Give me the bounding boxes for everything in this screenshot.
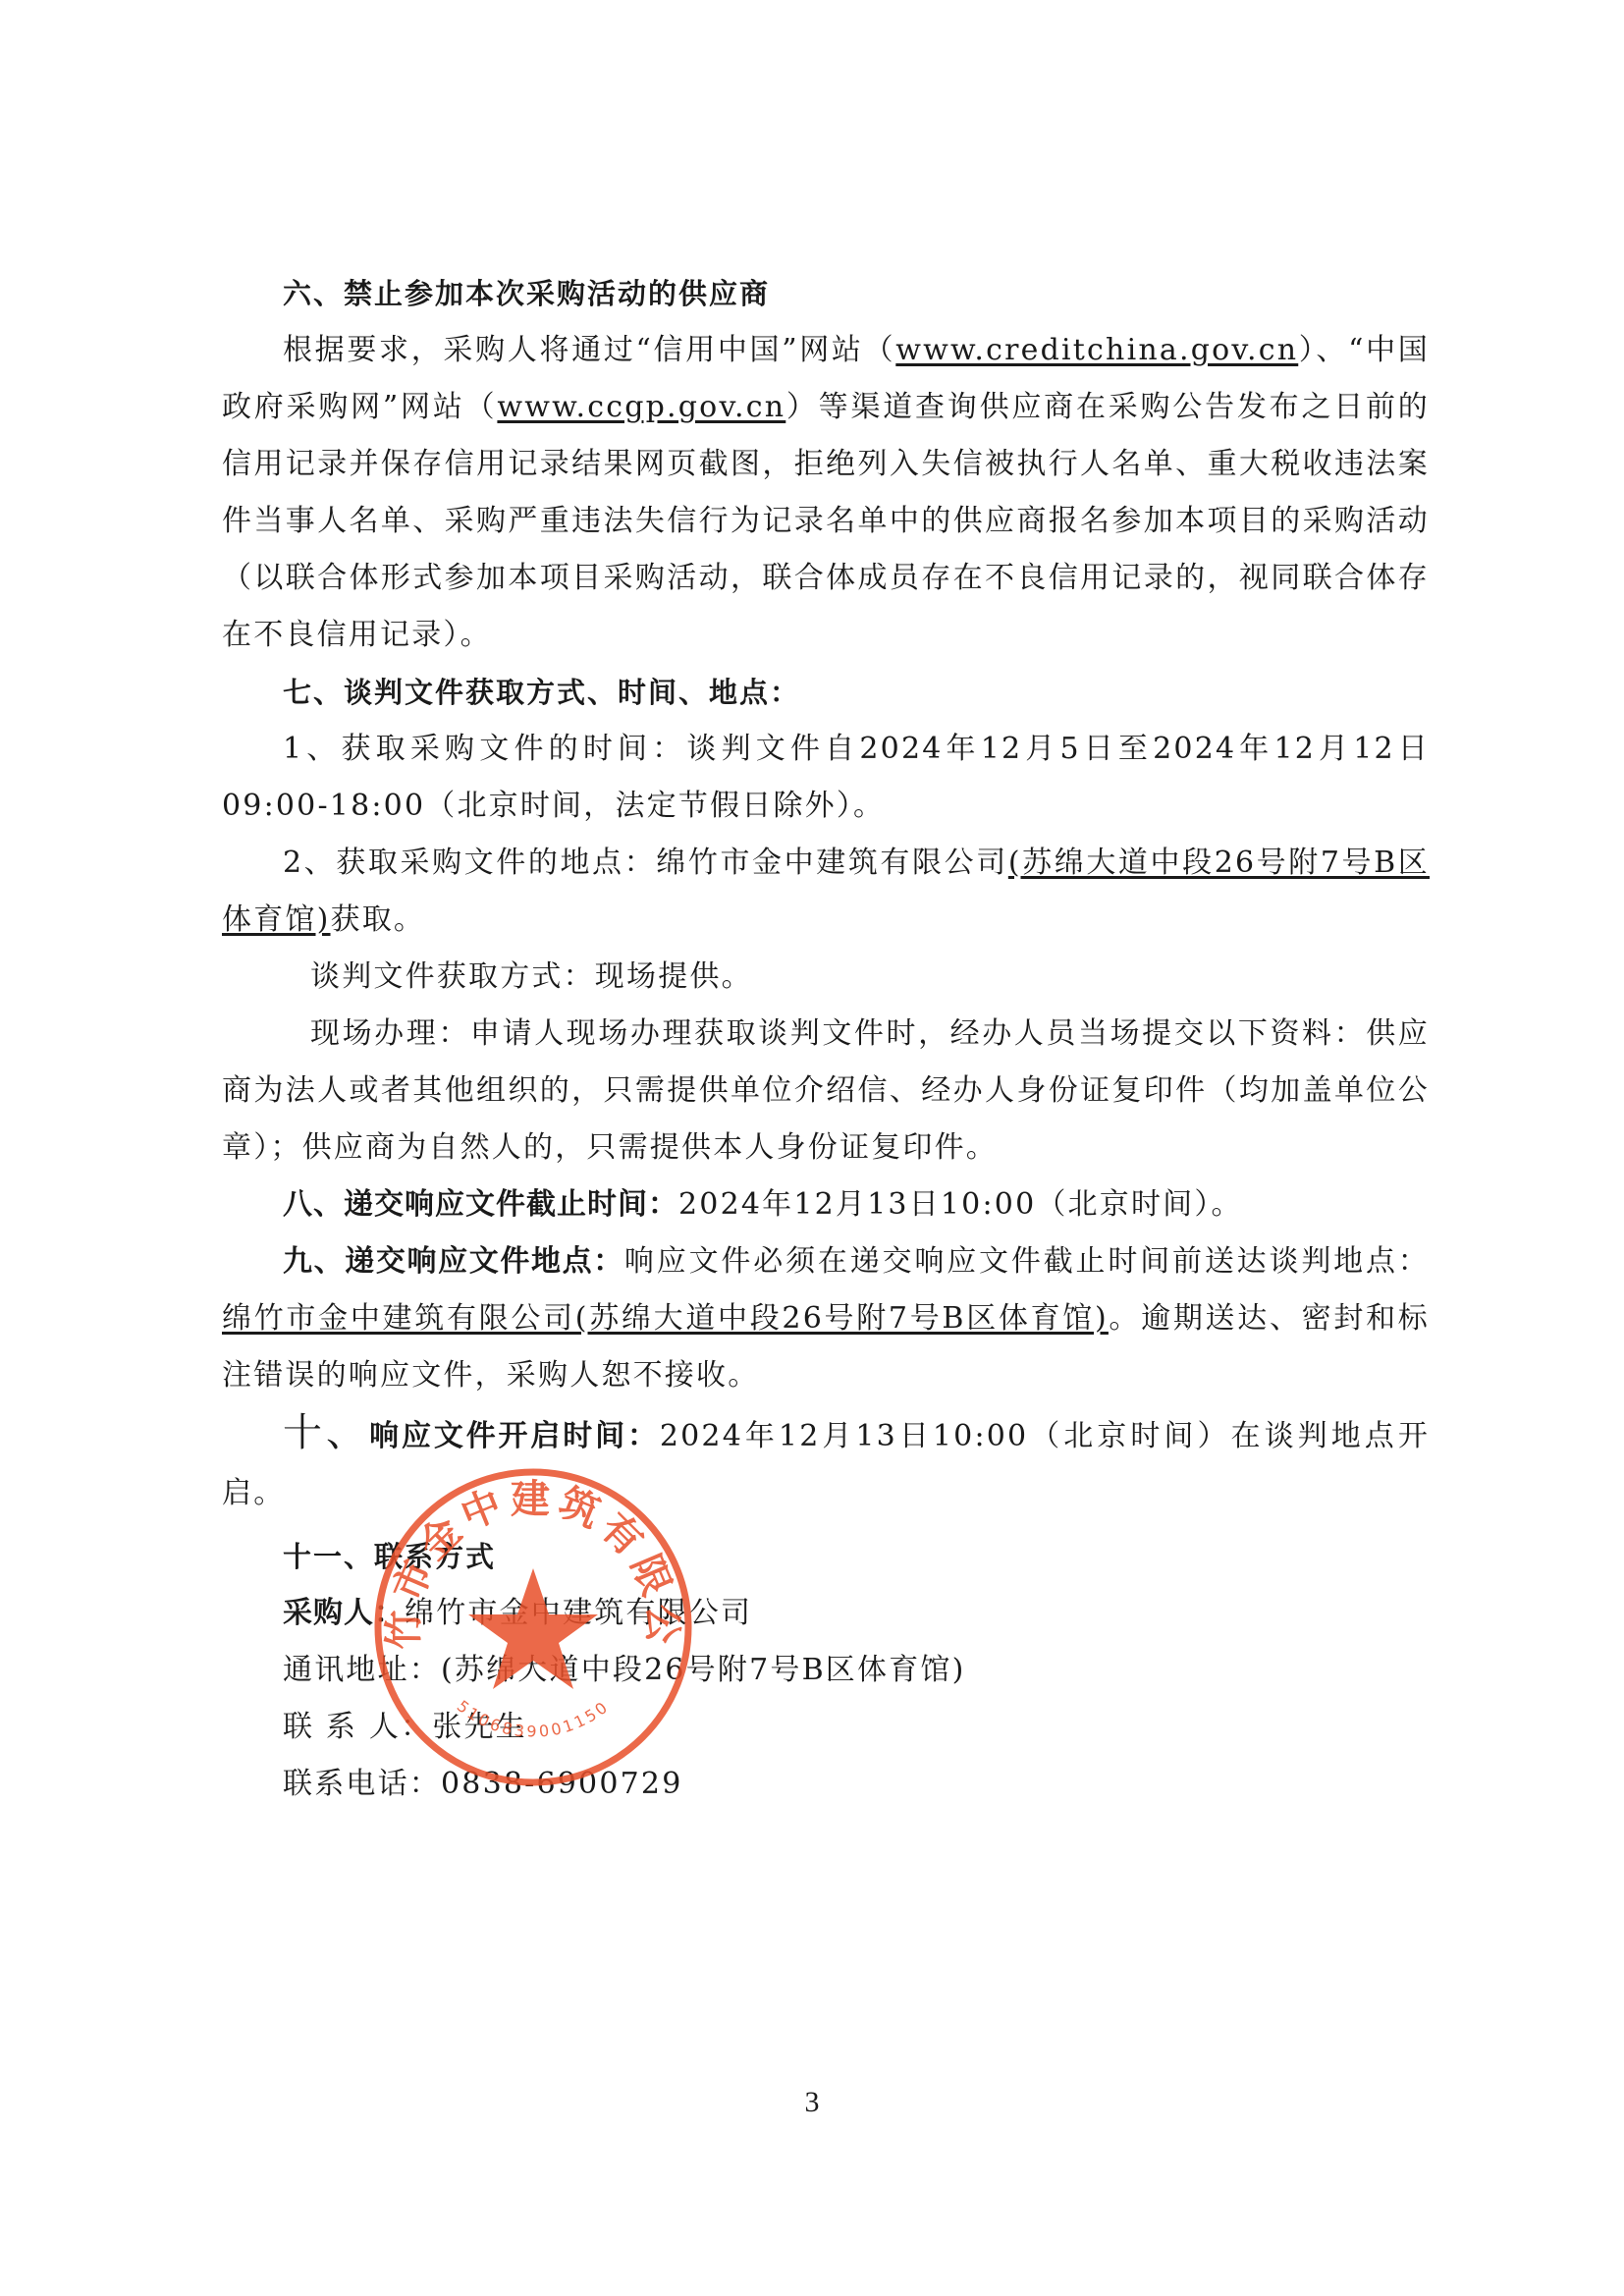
body-text: 根据要求，采购人将通过“信用中国”网站（ [283, 333, 895, 367]
address-row: 通讯地址：(苏绵大道中段26号附7号B区体育馆) [222, 1642, 1430, 1699]
section-9-text: 响应文件必须在递交响应文件截止时间前送达谈判地点： [624, 1244, 1430, 1279]
section-9-heading: 九、递交响应文件地点： [283, 1244, 624, 1279]
section-8-text: 2024年12月13日10:00（北京时间）。 [678, 1187, 1243, 1222]
section-9-location: 绵竹市金中建筑有限公司(苏绵大道中段26号附7号B区体育馆) [222, 1301, 1109, 1336]
section-8: 八、递交响应文件截止时间：2024年12月13日10:00（北京时间）。 [222, 1176, 1430, 1233]
contact-label: 联 系 人： [283, 1710, 432, 1744]
address-value: (苏绵大道中段26号附7号B区体育馆) [441, 1653, 966, 1687]
section-7-item-2: 2、获取采购文件的地点：绵竹市金中建筑有限公司(苏绵大道中段26号附7号B区体育… [222, 835, 1430, 949]
contact-row: 联 系 人：张先生 [222, 1699, 1430, 1756]
purchaser-row: 采购人：绵竹市金中建筑有限公司 [222, 1585, 1430, 1642]
phone-row: 联系电话：0838-6900729 [222, 1756, 1430, 1813]
body-text: 获取。 [331, 902, 426, 937]
section-11-heading: 十一、联系方式 [222, 1528, 1430, 1585]
page-number: 3 [0, 2086, 1624, 2119]
section-10-numeral: 十、 [283, 1410, 369, 1455]
ccgp-link[interactable]: www.ccgp.gov.cn [497, 390, 785, 424]
purchaser-label: 采购人： [283, 1596, 405, 1630]
section-10: 十、响应文件开启时间：2024年12月13日10:00（北京时间）在谈判地点开启… [222, 1404, 1430, 1522]
section-7-onsite: 现场办理：申请人现场办理获取谈判文件时，经办人员当场提交以下资料：供应商为法人或… [222, 1006, 1430, 1176]
section-6-heading: 六、禁止参加本次采购活动的供应商 [222, 265, 1430, 322]
section-7-method: 谈判文件获取方式：现场提供。 [222, 949, 1430, 1006]
phone-label: 联系电话： [283, 1767, 441, 1801]
contact-value: 张先生 [432, 1710, 527, 1744]
creditchina-link[interactable]: www.creditchina.gov.cn [895, 333, 1298, 367]
document-page: 六、禁止参加本次采购活动的供应商 根据要求，采购人将通过“信用中国”网站（www… [222, 265, 1430, 1813]
section-6-body: 根据要求，采购人将通过“信用中国”网站（www.creditchina.gov.… [222, 322, 1430, 664]
section-10-heading: 响应文件开启时间： [369, 1419, 660, 1453]
section-8-heading: 八、递交响应文件截止时间： [283, 1187, 678, 1222]
section-7-item-1: 1、获取采购文件的时间：谈判文件自2024年12月5日至2024年12月12日0… [222, 721, 1430, 835]
section-7-heading: 七、谈判文件获取方式、时间、地点： [222, 664, 1430, 721]
section-9: 九、递交响应文件地点：响应文件必须在递交响应文件截止时间前送达谈判地点：绵竹市金… [222, 1233, 1430, 1404]
body-text: 2、获取采购文件的地点：绵竹市金中建筑有限公司 [283, 846, 1008, 880]
body-text: ）等渠道查询供应商在采购公告发布之日前的信用记录并保存信用记录结果网页截图，拒绝… [222, 390, 1430, 652]
purchaser-value: 绵竹市金中建筑有限公司 [405, 1596, 752, 1630]
address-label: 通讯地址： [283, 1653, 441, 1687]
phone-value: 0838-6900729 [441, 1767, 683, 1801]
